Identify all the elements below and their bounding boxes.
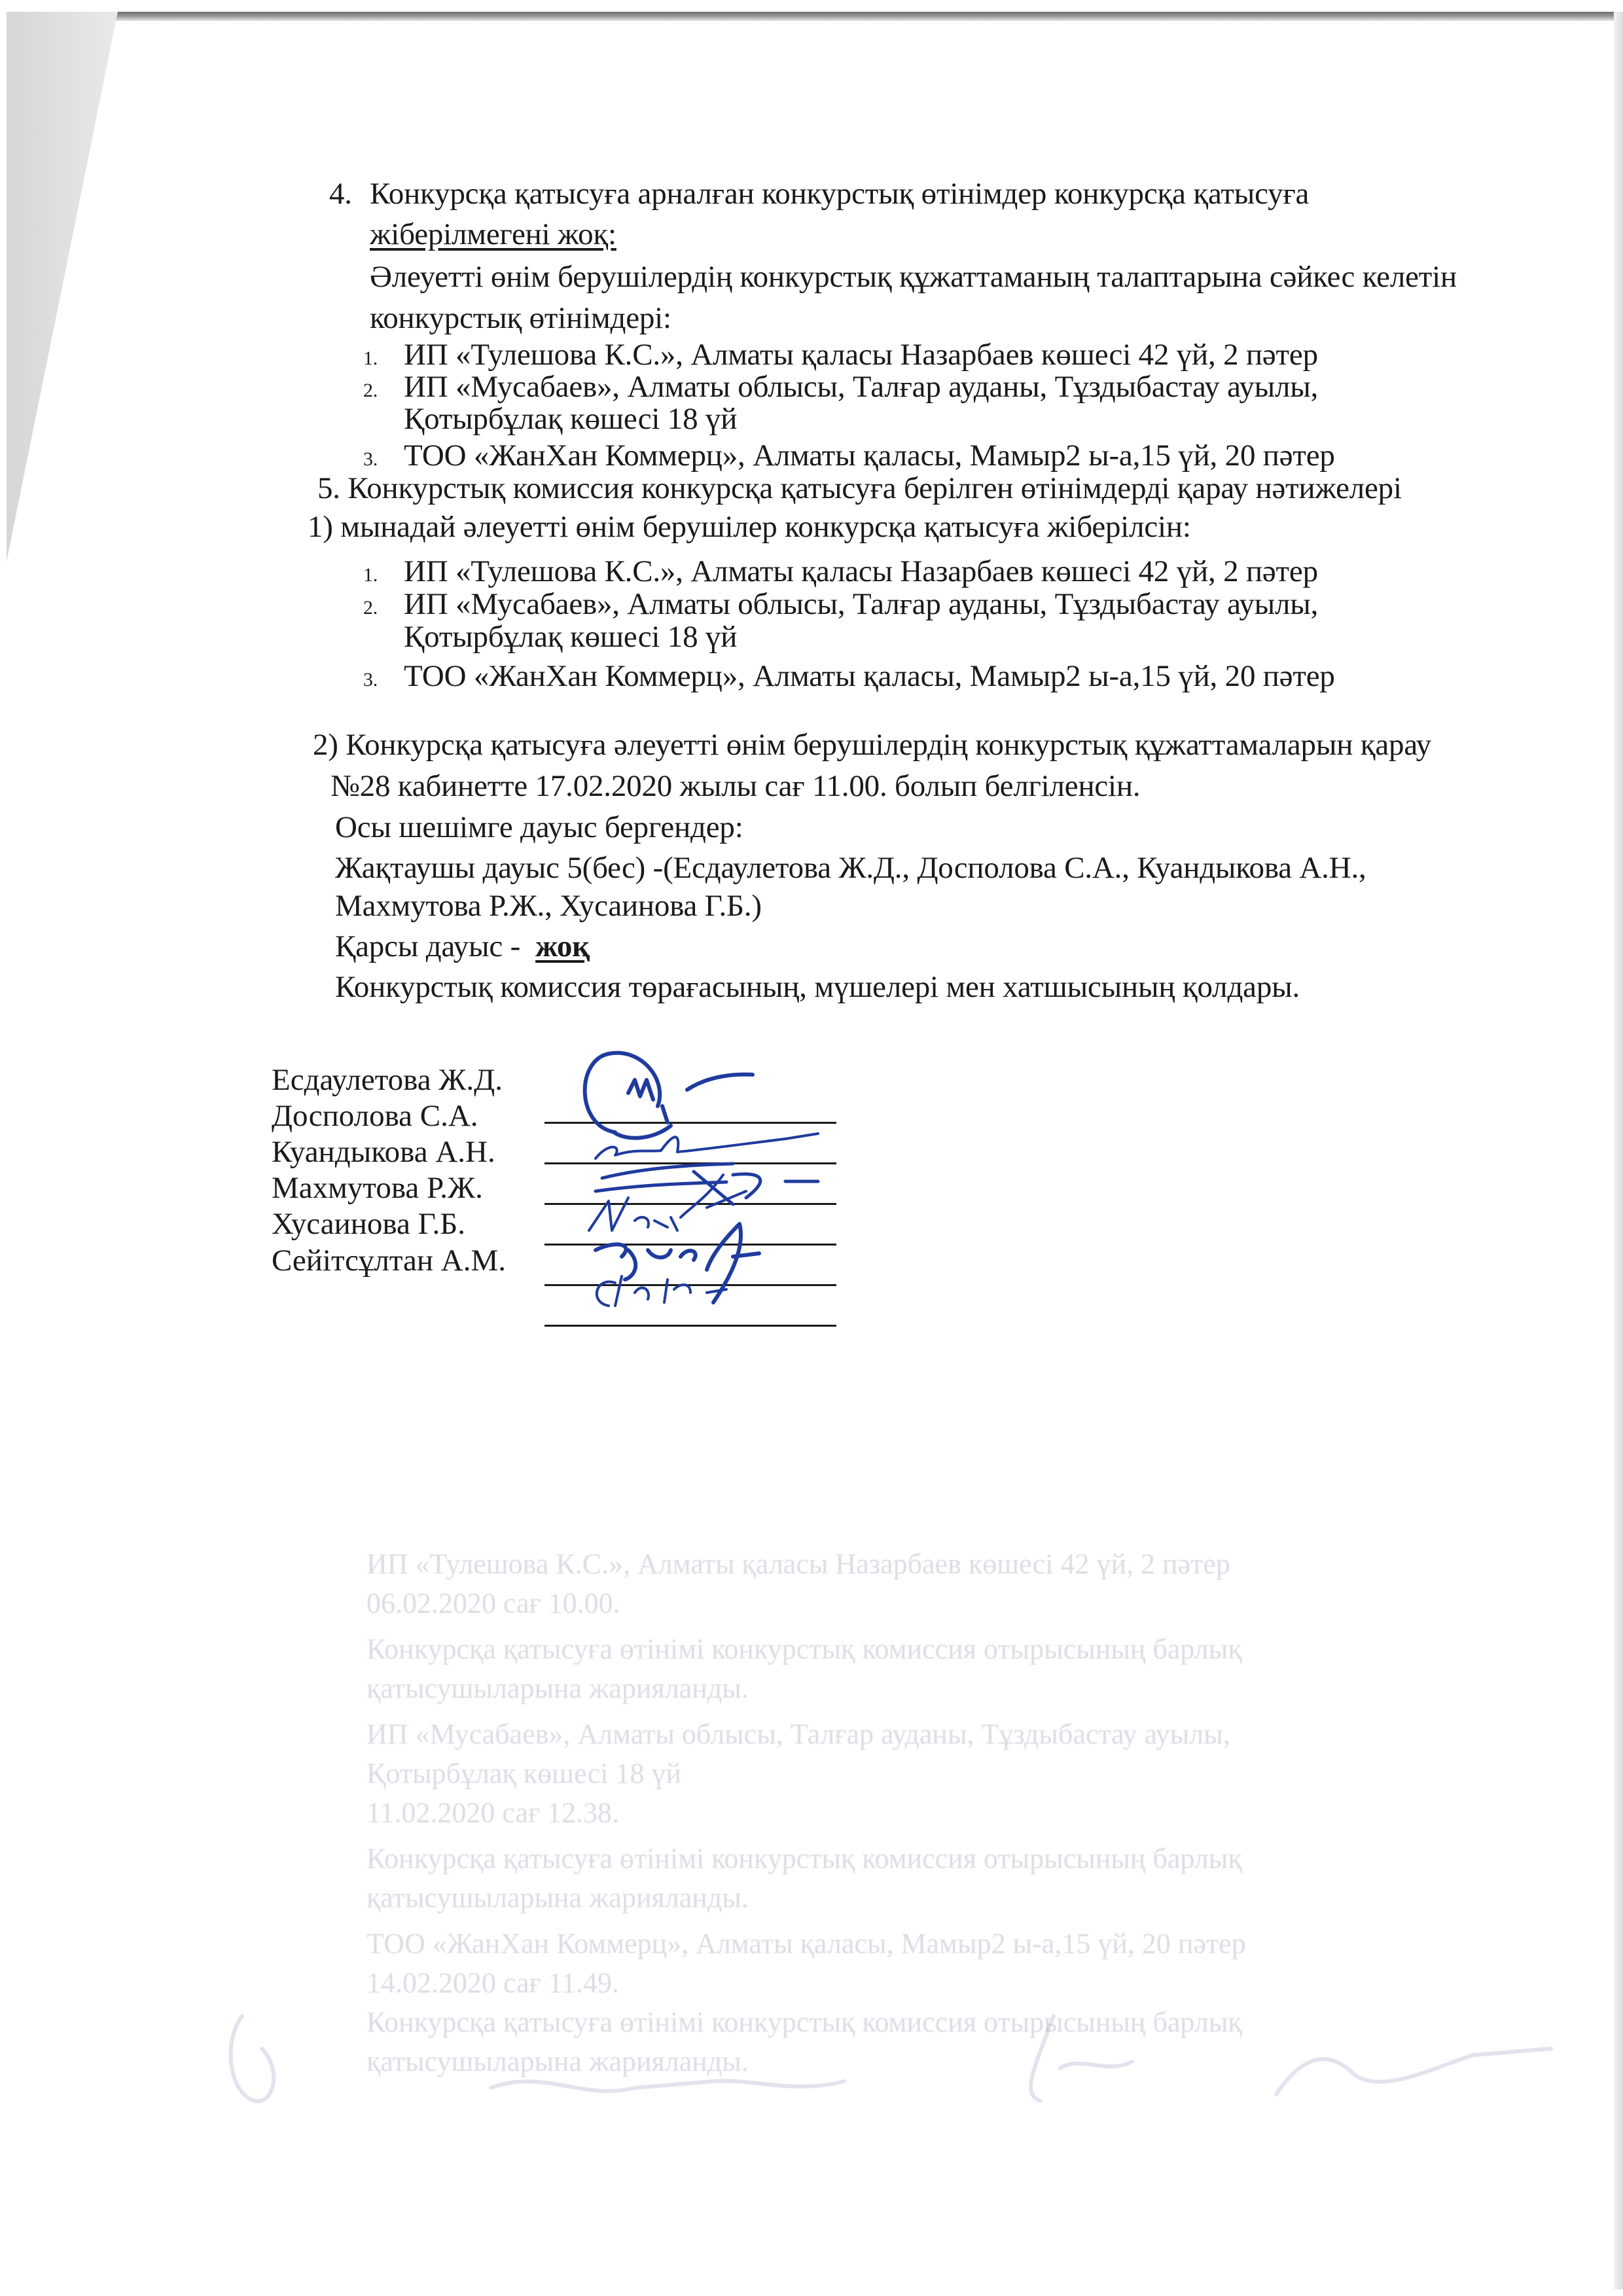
bleed-line: ИП «Мусабаев», Алматы облысы, Талғар ауд… <box>366 1715 1230 1754</box>
bleed-line: 11.02.2020 сағ 12.38. <box>366 1793 619 1833</box>
votes-for-line-2: Махмутова Р.Ж., Хусаинова Г.Б.) <box>335 888 762 924</box>
signatory-name: Хусаинова Г.Б. <box>272 1206 465 1242</box>
list-text: ТОО «ЖанХан Коммерц», Алматы қаласы, Мам… <box>404 439 1335 473</box>
list-text: ИП «Мусабаев», Алматы облысы, Талғар ауд… <box>404 370 1318 404</box>
section-4-number: 4. <box>329 175 370 212</box>
list-text: ТОО «ЖанХан Коммерц», Алматы қаласы, Мам… <box>404 659 1335 693</box>
bleed-line: ТОО «ЖанХан Коммерц», Алматы қаласы, Мам… <box>366 1924 1246 1964</box>
section-5-heading: 5. Конкурстық комиссия конкурсқа қатысуғ… <box>317 470 1402 507</box>
bleed-signatures <box>216 1990 1590 2121</box>
signatures-heading: Конкурстық комиссия төрағасының, мүшелер… <box>335 969 1300 1005</box>
section-4-text: Конкурсқа қатысуға арналған конкурстық ө… <box>370 177 1309 211</box>
list-item-continuation: Қотырбұлақ көшесі 18 үй <box>404 619 737 655</box>
list-item-continuation: Қотырбұлақ көшесі 18 үй <box>404 401 737 437</box>
votes-against-label: Қарсы дауыс - <box>335 929 535 963</box>
signatory-name: Махмутова Р.Ж. <box>272 1170 483 1206</box>
votes-against-value: жоқ <box>535 929 590 963</box>
signature-line <box>544 1325 836 1327</box>
votes-against: Қарсы дауыс - жоқ <box>335 928 590 965</box>
bleed-line: Конкурсқа қатысуға өтінімі конкурстық ко… <box>366 1630 1242 1669</box>
list-number: 3. <box>363 662 404 698</box>
section-5-item-1-heading: 1) мынадай әлеуетті өнім берушілер конку… <box>308 509 1191 545</box>
section-5-item-2-line-2: №28 кабинетте 17.02.2020 жылы сағ 11.00.… <box>330 768 1140 804</box>
section-4-not-rejected: жіберілмегені жоқ: <box>370 216 616 253</box>
list-text: ИП «Тулешова К.С.», Алматы қаласы Назарб… <box>404 554 1318 588</box>
section-5-item-2-line-1: 2) Конкурсқа қатысуға әлеуетті өнім беру… <box>313 726 1431 763</box>
list-text: ИП «Мусабаев», Алматы облысы, Талғар ауд… <box>404 587 1318 621</box>
section-4-line-4: конкурстық өтінімдері: <box>370 300 671 336</box>
bleed-line: қатысушыларына жарияланды. <box>366 1669 749 1708</box>
votes-for-line-1: Жақтаушы дауыс 5(бес) -(Есдаулетова Ж.Д.… <box>335 850 1366 886</box>
handwritten-signatures <box>537 1034 903 1309</box>
signatory-name: Куандыкова А.Н. <box>272 1134 495 1170</box>
scan-top-edge <box>7 12 1623 21</box>
list-number: 2. <box>363 372 404 409</box>
bleed-line: Конкурсқа қатысуға өтінімі конкурстық ко… <box>366 1839 1242 1878</box>
bleed-line: ИП «Тулешова К.С.», Алматы қаласы Назарб… <box>366 1545 1230 1584</box>
scan-right-edge <box>1614 12 1623 2289</box>
scan-fold-shadow <box>7 12 118 1975</box>
list-text: ИП «Тулешова К.С.», Алматы қаласы Назарб… <box>404 338 1318 372</box>
bleed-line: Қотырбұлақ көшесі 18 үй <box>366 1754 681 1793</box>
bleed-line: қатысушыларына жарияланды. <box>366 1878 749 1918</box>
section-4-line-3: Әлеуетті өнім берушілердің конкурстық құ… <box>370 259 1457 295</box>
signatory-name: Есдаулетова Ж.Д. <box>272 1062 503 1098</box>
bleed-line: 06.02.2020 сағ 10.00. <box>366 1584 620 1623</box>
section-4-line-1: 4.Конкурсқа қатысуға арналған конкурстық… <box>329 175 1309 212</box>
voted-heading: Осы шешімге дауыс бергендер: <box>335 809 743 846</box>
list-item: 3.ТОО «ЖанХан Коммерц», Алматы қаласы, М… <box>363 658 1335 698</box>
list-number: 2. <box>363 590 404 626</box>
signatory-name: Досполова С.А. <box>272 1098 478 1134</box>
signatory-name: Сейітсұлтан А.М. <box>272 1242 506 1279</box>
